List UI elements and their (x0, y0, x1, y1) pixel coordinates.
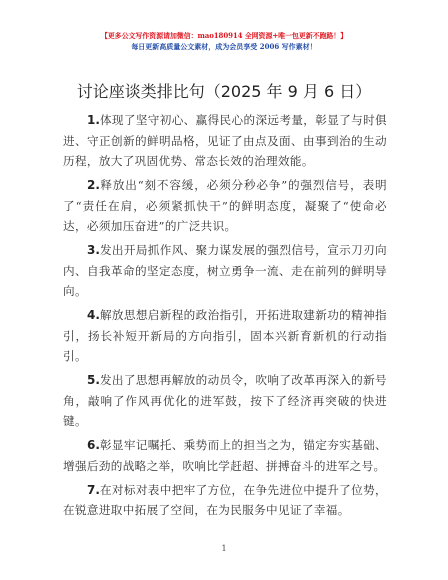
document-body: 1.体现了坚守初心、赢得民心的深远考量，彰显了与时俱进、守正创新的鲜明品格，见证… (63, 110, 387, 524)
paragraph-text: 释放出“刻不容缓，必须分秒必争”的强烈信号，表明了“责任在肩，必须紧抓快干”的鲜… (63, 178, 387, 233)
promo-header-line-2: 每日更新高质量公文素材，成为会员享受 2006 写作素材！ (0, 42, 448, 52)
paragraph-number: 7. (87, 483, 100, 497)
paragraph-3: 3.发出开局抓作风、聚力谋发展的强烈信号，宣示刀刃向内、自我革命的坚定态度，树立… (63, 240, 387, 302)
promo-header-line-1: 【更多公文写作资源请加微信：mao180914 全网资源+唯一包更新不跑路！】 (0, 31, 448, 41)
paragraph-1: 1.体现了坚守初心、赢得民心的深远考量，彰显了与时俱进、守正创新的鲜明品格，见证… (63, 110, 387, 172)
paragraph-text: 彰显牢记嘱托、乘势而上的担当之为，锚定夯实基础、增强后劲的战略之举，吹响比学赶超… (63, 438, 387, 473)
paragraph-5: 5.发出了思想再解放的动员令，吹响了改革再深入的新号角，敲响了作风再优化的进军鼓… (63, 370, 387, 432)
paragraph-text: 发出了思想再解放的动员令，吹响了改革再深入的新号角，敲响了作风再优化的进军鼓，按… (63, 373, 387, 428)
paragraph-text: 解放思想启新程的政治指引，开拓进取建新功的精神指引，扬长补短开新局的方向指引，固… (63, 308, 387, 363)
paragraph-number: 4. (87, 308, 100, 322)
paragraph-number: 1. (87, 113, 100, 127)
document-page: 【更多公文写作资源请加微信：mao180914 全网资源+唯一包更新不跑路！】 … (0, 0, 448, 580)
paragraph-number: 6. (87, 438, 100, 452)
paragraph-number: 5. (87, 373, 100, 387)
paragraph-6: 6.彰显牢记嘱托、乘势而上的担当之为，锚定夯实基础、增强后劲的战略之举，吹响比学… (63, 435, 387, 476)
document-title: 讨论座谈类排比句（2025 年 9 月 6 日） (0, 79, 448, 102)
page-number: 1 (0, 544, 448, 553)
paragraph-7: 7.在对标对表中把牢了方位，在争先进位中提升了位势，在锐意进取中拓展了空间，在为… (63, 480, 387, 521)
paragraph-text: 在对标对表中把牢了方位，在争先进位中提升了位势，在锐意进取中拓展了空间，在为民服… (63, 483, 387, 518)
paragraph-number: 2. (87, 178, 100, 192)
paragraph-4: 4.解放思想启新程的政治指引，开拓进取建新功的精神指引，扬长补短开新局的方向指引… (63, 305, 387, 367)
paragraph-2: 2.释放出“刻不容缓，必须分秒必争”的强烈信号，表明了“责任在肩，必须紧抓快干”… (63, 175, 387, 237)
paragraph-number: 3. (87, 243, 100, 257)
paragraph-text: 体现了坚守初心、赢得民心的深远考量，彰显了与时俱进、守正创新的鲜明品格，见证了由… (63, 113, 387, 168)
paragraph-text: 发出开局抓作风、聚力谋发展的强烈信号，宣示刀刃向内、自我革命的坚定态度，树立勇争… (63, 243, 387, 298)
